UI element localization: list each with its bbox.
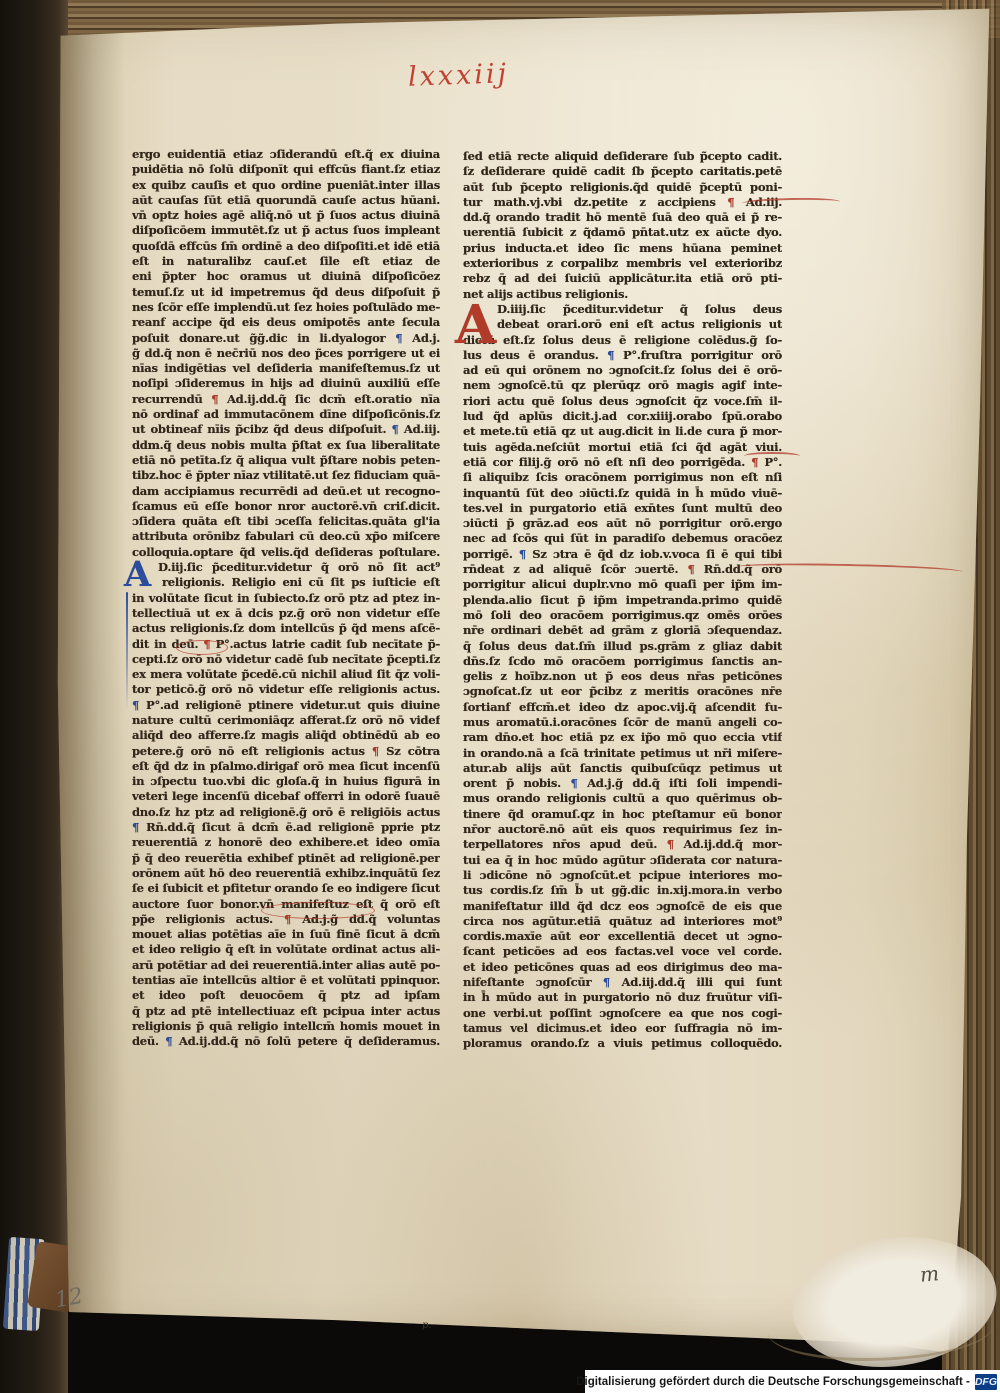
rubric-pilcrow: ¶: [570, 776, 577, 790]
text-line: et ideo religio q̄ eſt in volūtate ordin…: [132, 942, 440, 957]
text-line: aūt ſub p̃cepto religionis.q̃d quidē p̃c…: [463, 180, 782, 195]
text-line: ¶ P°.ad religionē ptinere videtur.ut qui…: [132, 698, 440, 713]
book-spine: [0, 0, 68, 1393]
text-line: veteri lege incenſū dicebaf offerri in o…: [132, 789, 440, 804]
text-line: g̃ dd.q̃ non ē nec̄riū nos deo p̃ces por…: [132, 346, 440, 361]
text-line: reuerentiā z honorē deo exhibere.et ideo…: [132, 835, 440, 850]
text-line: dam accipiamus recurrēdi ad deū.et ut re…: [132, 484, 440, 499]
text-line: colloquia.optare q̃d velis.q̃d deſideras…: [132, 545, 440, 560]
text-line: li ɔdicōne nō ɔgnoſcūt.et pcipue interio…: [463, 868, 782, 883]
text-line: ex mera volūtate p̃cedē.cū nichil aliud …: [132, 667, 440, 682]
text-line: tamus vel dicimus.et ideo eor ſuffragia …: [463, 1021, 782, 1036]
text-line: in volūtate ſicut in ſubiecto.ſz orō ptz…: [132, 591, 440, 606]
text-line: p̃ q̄ deo reuerētia exhibef ptinēt ad re…: [132, 851, 440, 866]
text-line: dno.ſz hz ptz ad religionē.g̃ orō ē reli…: [132, 805, 440, 820]
text-line: tuis agēda.neſciūt mortui etiā ſci q̃d a…: [463, 440, 782, 455]
text-segment: ut obtineaf nīis p̃cibz q̃d deus diſpoſu…: [132, 422, 392, 436]
text-line: lud q̃d aplūs dicit.j.ad cor.xiiij.orabo…: [463, 409, 782, 424]
text-line: mō ſoli deo oracōem porrigimus.qz omēs o…: [463, 608, 782, 623]
text-segment: nifeſtante ɔgnoſcūr: [463, 975, 603, 989]
text-segment: Ad.ij.dd.q̃ mor-: [674, 837, 782, 851]
rubric-pilcrow: ¶: [667, 837, 674, 851]
text-line: exterioribus z corpalibz membris vel ext…: [463, 256, 782, 271]
text-line: tes.vel in purgatorio etiā exn̄tes ſunt …: [463, 501, 782, 516]
text-line: q̄ ſolus deus dat.ſm̄ illud ps.grām z gl…: [463, 639, 782, 654]
text-line: eſt q̃d dz in pſalmo.dirigaf orō mea ſic…: [132, 759, 440, 774]
text-segment: porrigē.: [463, 547, 519, 561]
ink-mark-bottom-center: p.: [422, 1320, 432, 1331]
text-line: plenda.alio ſicut p̃ ip̃m impetranda.pri…: [463, 593, 782, 608]
rubric-flourish: [744, 452, 800, 460]
text-line: ſz deſiderare quidē cadit ſb p̃cepto car…: [463, 164, 782, 179]
text-line: circa nos agūtur.etiā quātuz ad interior…: [463, 914, 782, 929]
manuscript-scan: lxxxiij ergo euidentiā etiaz ɔſiderandū …: [0, 0, 1000, 1393]
text-line: ex quibz cauſis et quo ordine pueniāt.in…: [132, 178, 440, 193]
drop-cap-initial: A: [455, 299, 496, 352]
text-line: q̄ ptz ad ptē intellectiuaz eſt pcipua i…: [132, 1004, 440, 1019]
funding-credit-text: Digitalisierung gefördert durch die Deut…: [576, 1376, 970, 1388]
text-line: ſortianf effcm̄.et ideo dz apoc.vij.q̃ a…: [463, 700, 782, 715]
text-segment: D.iiij.ſic p̃ceditur.videtur q̃ ſolus de…: [497, 302, 782, 316]
text-line: nifeſtante ɔgnoſcūr ¶ Ad.iij.dd.q̃ illi …: [463, 975, 782, 990]
text-line: orent p̃ nobis. ¶ Ad.j.g̃ dd.q̃ iſti ſol…: [463, 776, 782, 791]
text-line: actus religionis.ſz dom intellcūs p̃ q̃d…: [132, 621, 440, 636]
text-segment: petere.g̃ orō nō eſt religionis actus: [132, 744, 372, 758]
text-line: ɔgnoſcat.ſz ut eor p̃cibz z meritis orac…: [463, 684, 782, 699]
text-line: tentias aīe intellcūs altior ē et volūta…: [132, 973, 440, 988]
pencil-mark-bottom-left: 12: [53, 1284, 85, 1313]
text-line: et mete.tū etiā qz ut aug.dicit in li.de…: [463, 424, 782, 439]
text-segment: rn̄deat z ad aliquē ſcōr ɔuertē.: [463, 562, 687, 576]
text-line: in orando.nā a ſcā trinitate petimus ut …: [463, 746, 782, 761]
text-line: etiā nō petīta.ſz q̃ aliqua vult p̃ſtare…: [132, 453, 440, 468]
dfg-funding-banner: Digitalisierung gefördert durch die Deut…: [585, 1370, 1000, 1393]
text-column-right: ſed etiā recte aliquid deſiderare ſub p̃…: [463, 149, 782, 1052]
text-line: attributa orōnibz fabulari cū deo.cū xp̃…: [132, 529, 440, 544]
rubric-pilcrow: ¶: [392, 422, 399, 436]
text-line: reanf accipe q̃d eis deus omipotēs ante …: [132, 315, 440, 330]
text-line: cepti.ſz orō nō videtur cadē ſub necītat…: [132, 652, 440, 667]
text-line: tellectiuā ut ex ā dcis pz.g̃ orō non vi…: [132, 606, 440, 621]
text-line: one verbi.ut poſſint ɔgnoſcere ea que no…: [463, 1006, 782, 1021]
rubric-pilcrow: ¶: [519, 547, 526, 561]
text-line: religionis p̃ quā religio intellcm̄ homi…: [132, 1019, 440, 1034]
text-segment: poſuit donare.ut g̃g̃.dic in li.dyalogor: [132, 331, 395, 345]
text-line: gelis z hoībz.non ut p̃ eos deus nr̄as p…: [463, 669, 782, 684]
text-line: dd.q̃ orando tradit hō mentē ſuā deo quā…: [463, 210, 782, 225]
text-line: eni p̃pter hoc oramus ut diuinā diſpoſic…: [132, 269, 440, 284]
text-line: temuſ.ſz ut id impetremus q̃d deus diſpo…: [132, 285, 440, 300]
text-line: ¶ Rn̄.dd.q̃ ſicut ā dcm̄ ē.ad religionē …: [132, 820, 440, 835]
text-line: vn̄ optz hoies agē aliq̄.nō ut p̃ ſuos a…: [132, 208, 440, 223]
text-line: porrigitur alicui duplr.vno mō quaſi per…: [463, 577, 782, 592]
text-line: poſuit donare.ut g̃g̃.dic in li.dyalogor…: [132, 331, 440, 346]
text-line: diſpoſicōem immutēt.ſz ut p̃ actus ſuos …: [132, 223, 440, 238]
text-segment: tur math.vj.vbi dz.petite z accipiens: [463, 195, 727, 209]
drop-cap-initial: A: [124, 557, 151, 592]
text-segment: terpellatores nr̄os apud deū.: [463, 837, 667, 851]
text-line: tui ea q̄ in hoc mūdo agūtur ɔſiderata c…: [463, 853, 782, 868]
text-line: prius inducta.et ideo ſic mens hūana pem…: [463, 241, 782, 256]
text-line: atur.ab alijs aūt ſanctis quibuſcūqz pet…: [463, 761, 782, 776]
text-line: rn̄deat z ad aliquē ſcōr ɔuertē. ¶ Rn̄.d…: [463, 562, 782, 577]
text-line: mus orando religionis cultū a quo quērim…: [463, 791, 782, 806]
text-line: religionis. Religio eni cū ſit ps iuſtic…: [132, 575, 440, 590]
text-segment: Sz cōtra: [379, 744, 440, 758]
text-line: ɔiūcti p̃ grāz.ad eos aūt nō porrigitur …: [463, 516, 782, 531]
text-segment: P°.actus latrie cadit ſub necītate p̃-: [210, 637, 440, 651]
text-line: net alijs actibus religionis.: [463, 287, 782, 302]
text-line: uerentiā ſubicit z q̃damō pn̄tat.utz ex …: [463, 225, 782, 240]
text-line: porrigē. ¶ Sz ɔtra ē q̃d dz iob.v.voca ſ…: [463, 547, 782, 562]
rubric-pilcrow: ¶: [372, 744, 379, 758]
text-line: dictū eſt.ſz ſolus deus ē religione colē…: [463, 333, 782, 348]
text-segment: recurrendū: [132, 392, 211, 406]
text-line: cordis.maxīe aūt eor excellentiā decet u…: [463, 929, 782, 944]
text-segment: Ad.iij.dd.q̃ illi qui ſunt: [610, 975, 782, 989]
text-line: dn̄s.ſz ſcdo mō oracōem porrigimus ſanct…: [463, 654, 782, 669]
text-line: in ɔſpectu tuo.vbi dic gloſa.q̃ in huius…: [132, 774, 440, 789]
initial-pen-flourish: [126, 592, 128, 710]
text-line: deū. ¶ Ad.ij.dd.q̃ nō ſolū petere q̄ deſ…: [132, 1034, 440, 1049]
rubric-pilcrow: ¶: [603, 975, 610, 989]
text-segment: Rn̄.dd.q̃ ſicut ā dcm̄ ē.ad religionē pp…: [139, 820, 440, 834]
text-line: ſe ei ſubicit et pfitetur orando ſe eo i…: [132, 881, 440, 896]
text-line: terpellatores nr̄os apud deū. ¶ Ad.ij.dd…: [463, 837, 782, 852]
text-line: petere.g̃ orō nō eſt religionis actus ¶ …: [132, 744, 440, 759]
pencil-mark-bottom-right: m: [919, 1261, 940, 1287]
text-segment: pp̃e religionis actus.: [132, 912, 284, 926]
text-line: D.iij.ſic p̃ceditur.videtur q̃ orō nō ſi…: [132, 560, 440, 575]
text-segment: Ad.ij.dd.q̃ nō ſolū petere q̄ deſideramu…: [172, 1034, 440, 1048]
text-segment: P°.fruſtra porrigitur orō: [614, 348, 782, 362]
text-line: tibz.hoc ē p̃pter nīaz vtilitatē.ut ſez …: [132, 468, 440, 483]
text-line: ſcant peticōes ad eos factas.vel voce ve…: [463, 944, 782, 959]
text-segment: orent p̃ nobis.: [463, 776, 570, 790]
text-line: debeat orari.orō eni eſt actus religioni…: [463, 317, 782, 332]
text-line: quoſdā effcūs ſm̄ ordinē a deo diſpoſiti…: [132, 239, 440, 254]
text-segment: etiā cor filij.g̃ orō nō eſt nſi deo por…: [463, 455, 751, 469]
text-line: rebz q̄ ad dei ſuiciū applicātur.ita eti…: [463, 271, 782, 286]
text-segment: Ad.ij.dd.q̃ ſic dcm̄ eſt.oratio nīa: [218, 392, 440, 406]
text-line: ɔſidera quāta eſt tibi ɔceſſa felicitas.…: [132, 514, 440, 529]
text-line: puidētia nō ſolū diſponīt qui effcūs fia…: [132, 162, 440, 177]
text-segment: P°.ad religionē ptinere videtur.ut quis …: [139, 698, 440, 712]
text-line: ploramus orando.ſz a viuis petimus collo…: [463, 1036, 782, 1051]
text-line: nem ɔgnoſcē.tū qz plerūqz orō magis agif…: [463, 378, 782, 393]
text-line: inquantū ſūt deo ɔiūcti.ſz quidā in h̄ m…: [463, 486, 782, 501]
text-line: tinere q̃d oramuſ.qz in hoc pteſtamur eū…: [463, 807, 782, 822]
text-line: ſcamus eū eſſe bonor nror auctorē.vn̄ cr…: [132, 499, 440, 514]
text-line: ſed etiā recte aliquid deſiderare ſub p̃…: [463, 149, 782, 164]
text-segment: Ad.j.: [402, 331, 440, 345]
text-line: aūt cauſas ſūt etiā quorundā cauſe actus…: [132, 193, 440, 208]
text-line: tor peticō.g̃ orō nō videtur eſſe religi…: [132, 682, 440, 697]
text-line: noſipi ɔſideremus in hijs ad diuinū auxi…: [132, 376, 440, 391]
dfg-logo: DFG: [975, 1374, 997, 1390]
text-line: ut obtineaf nīis p̃cibz q̃d deus diſpoſu…: [132, 422, 440, 437]
text-line: ſi aliquibz ſcis oracōnem porrigimus non…: [463, 470, 782, 485]
text-segment: religionis. Religio eni cū ſit ps iuſtic…: [162, 575, 440, 589]
text-line: ram dn̄o.et hoc etiā pz ex ip̃o mō quo e…: [463, 730, 782, 745]
text-line: nr̄e ordinari debēt ad grām z gloriā ɔſe…: [463, 623, 782, 638]
text-line: nature cultū cerimoniāqz afferat.ſz orō …: [132, 713, 440, 728]
text-line: riori actu quē ſolus deus ɔgnoſcit q̄z v…: [463, 394, 782, 409]
text-line: nec ad ſcōs qui ſūt in paradiſo debemus …: [463, 531, 782, 546]
rubric-pilcrow: ¶: [687, 562, 694, 576]
text-line: eſt in naturalibz cauſ.et ſile eſt etiaz…: [132, 254, 440, 269]
folio-number: lxxxiij: [407, 58, 509, 93]
text-line: lus deus ē orandus. ¶ P°.fruſtra porrigi…: [463, 348, 782, 363]
text-line: orōnem aūt hō deo reuerentiā exhibz.inqu…: [132, 866, 440, 881]
text-line: nes ſcōr eſſe implendū.ut ſez hoies poſt…: [132, 300, 440, 315]
text-line: in h̄ mūdo aut in purgatorio nō duz fruū…: [463, 990, 782, 1005]
text-line: mus aromatū.i.oracōnes ſcōr de manū ange…: [463, 715, 782, 730]
text-line: arū potētiar ad dei reuerentiā.inter ali…: [132, 958, 440, 973]
text-segment: debeat orari.orō eni eſt actus religioni…: [497, 317, 782, 331]
text-line: tus cordis.ſz ſm̄ b̄ ut gg̃.dic in.xij.m…: [463, 883, 782, 898]
text-line: D.iiij.ſic p̃ceditur.videtur q̃ ſolus de…: [463, 302, 782, 317]
text-line: et ideo poſt deuocōem q̄ ptz ad ipſam vo…: [132, 988, 440, 1003]
text-line: nīas indigētias vel deſideria manifeſtem…: [132, 361, 440, 376]
text-line: ergo euidentiā etiaz ɔſiderandū eſt.q̃ e…: [132, 147, 440, 162]
rubric-flourish: [176, 640, 228, 655]
text-line: mouet alias potētias aīe in ſuū finē ſic…: [132, 927, 440, 942]
rubric-flourish: [261, 902, 375, 919]
text-line: nō ordinaf ad immutacōnem dīne diſpoſicō…: [132, 407, 440, 422]
text-line: aliq̄d deo afferre.ſz magis aliq̄d obtin…: [132, 728, 440, 743]
text-line: ad eū qui orōnem no ɔgnoſcit.ſz ſolus de…: [463, 363, 782, 378]
text-line: nr̄or auctorē.nō aūt eis quos requirimus…: [463, 822, 782, 837]
text-line: et ideo peticōnes quas ad eos dirigimus …: [463, 960, 782, 975]
text-line: tur math.vj.vbi dz.petite z accipiens ¶ …: [463, 195, 782, 210]
text-segment: deū.: [132, 1034, 165, 1048]
text-segment: Ad.j.g̃ dd.q̃ iſti ſoli impendi-: [578, 776, 782, 790]
text-line: ddm.q̃ deus nobis multa p̃ſtat ex ſua li…: [132, 438, 440, 453]
text-line: etiā cor filij.g̃ orō nō eſt nſi deo por…: [463, 455, 782, 470]
text-line: manifeſtatur illd q̃d dcz eos ɔgnoſcē de…: [463, 899, 782, 914]
text-segment: D.iij.ſic p̃ceditur.videtur q̃ orō nō ſi…: [158, 560, 440, 574]
text-segment: Sz ɔtra ē q̃d dz iob.v.voca ſi ē qui tib…: [526, 547, 782, 561]
text-line: recurrendū ¶ Ad.ij.dd.q̃ ſic dcm̄ eſt.or…: [132, 392, 440, 407]
text-segment: Ad.iij.: [399, 422, 440, 436]
